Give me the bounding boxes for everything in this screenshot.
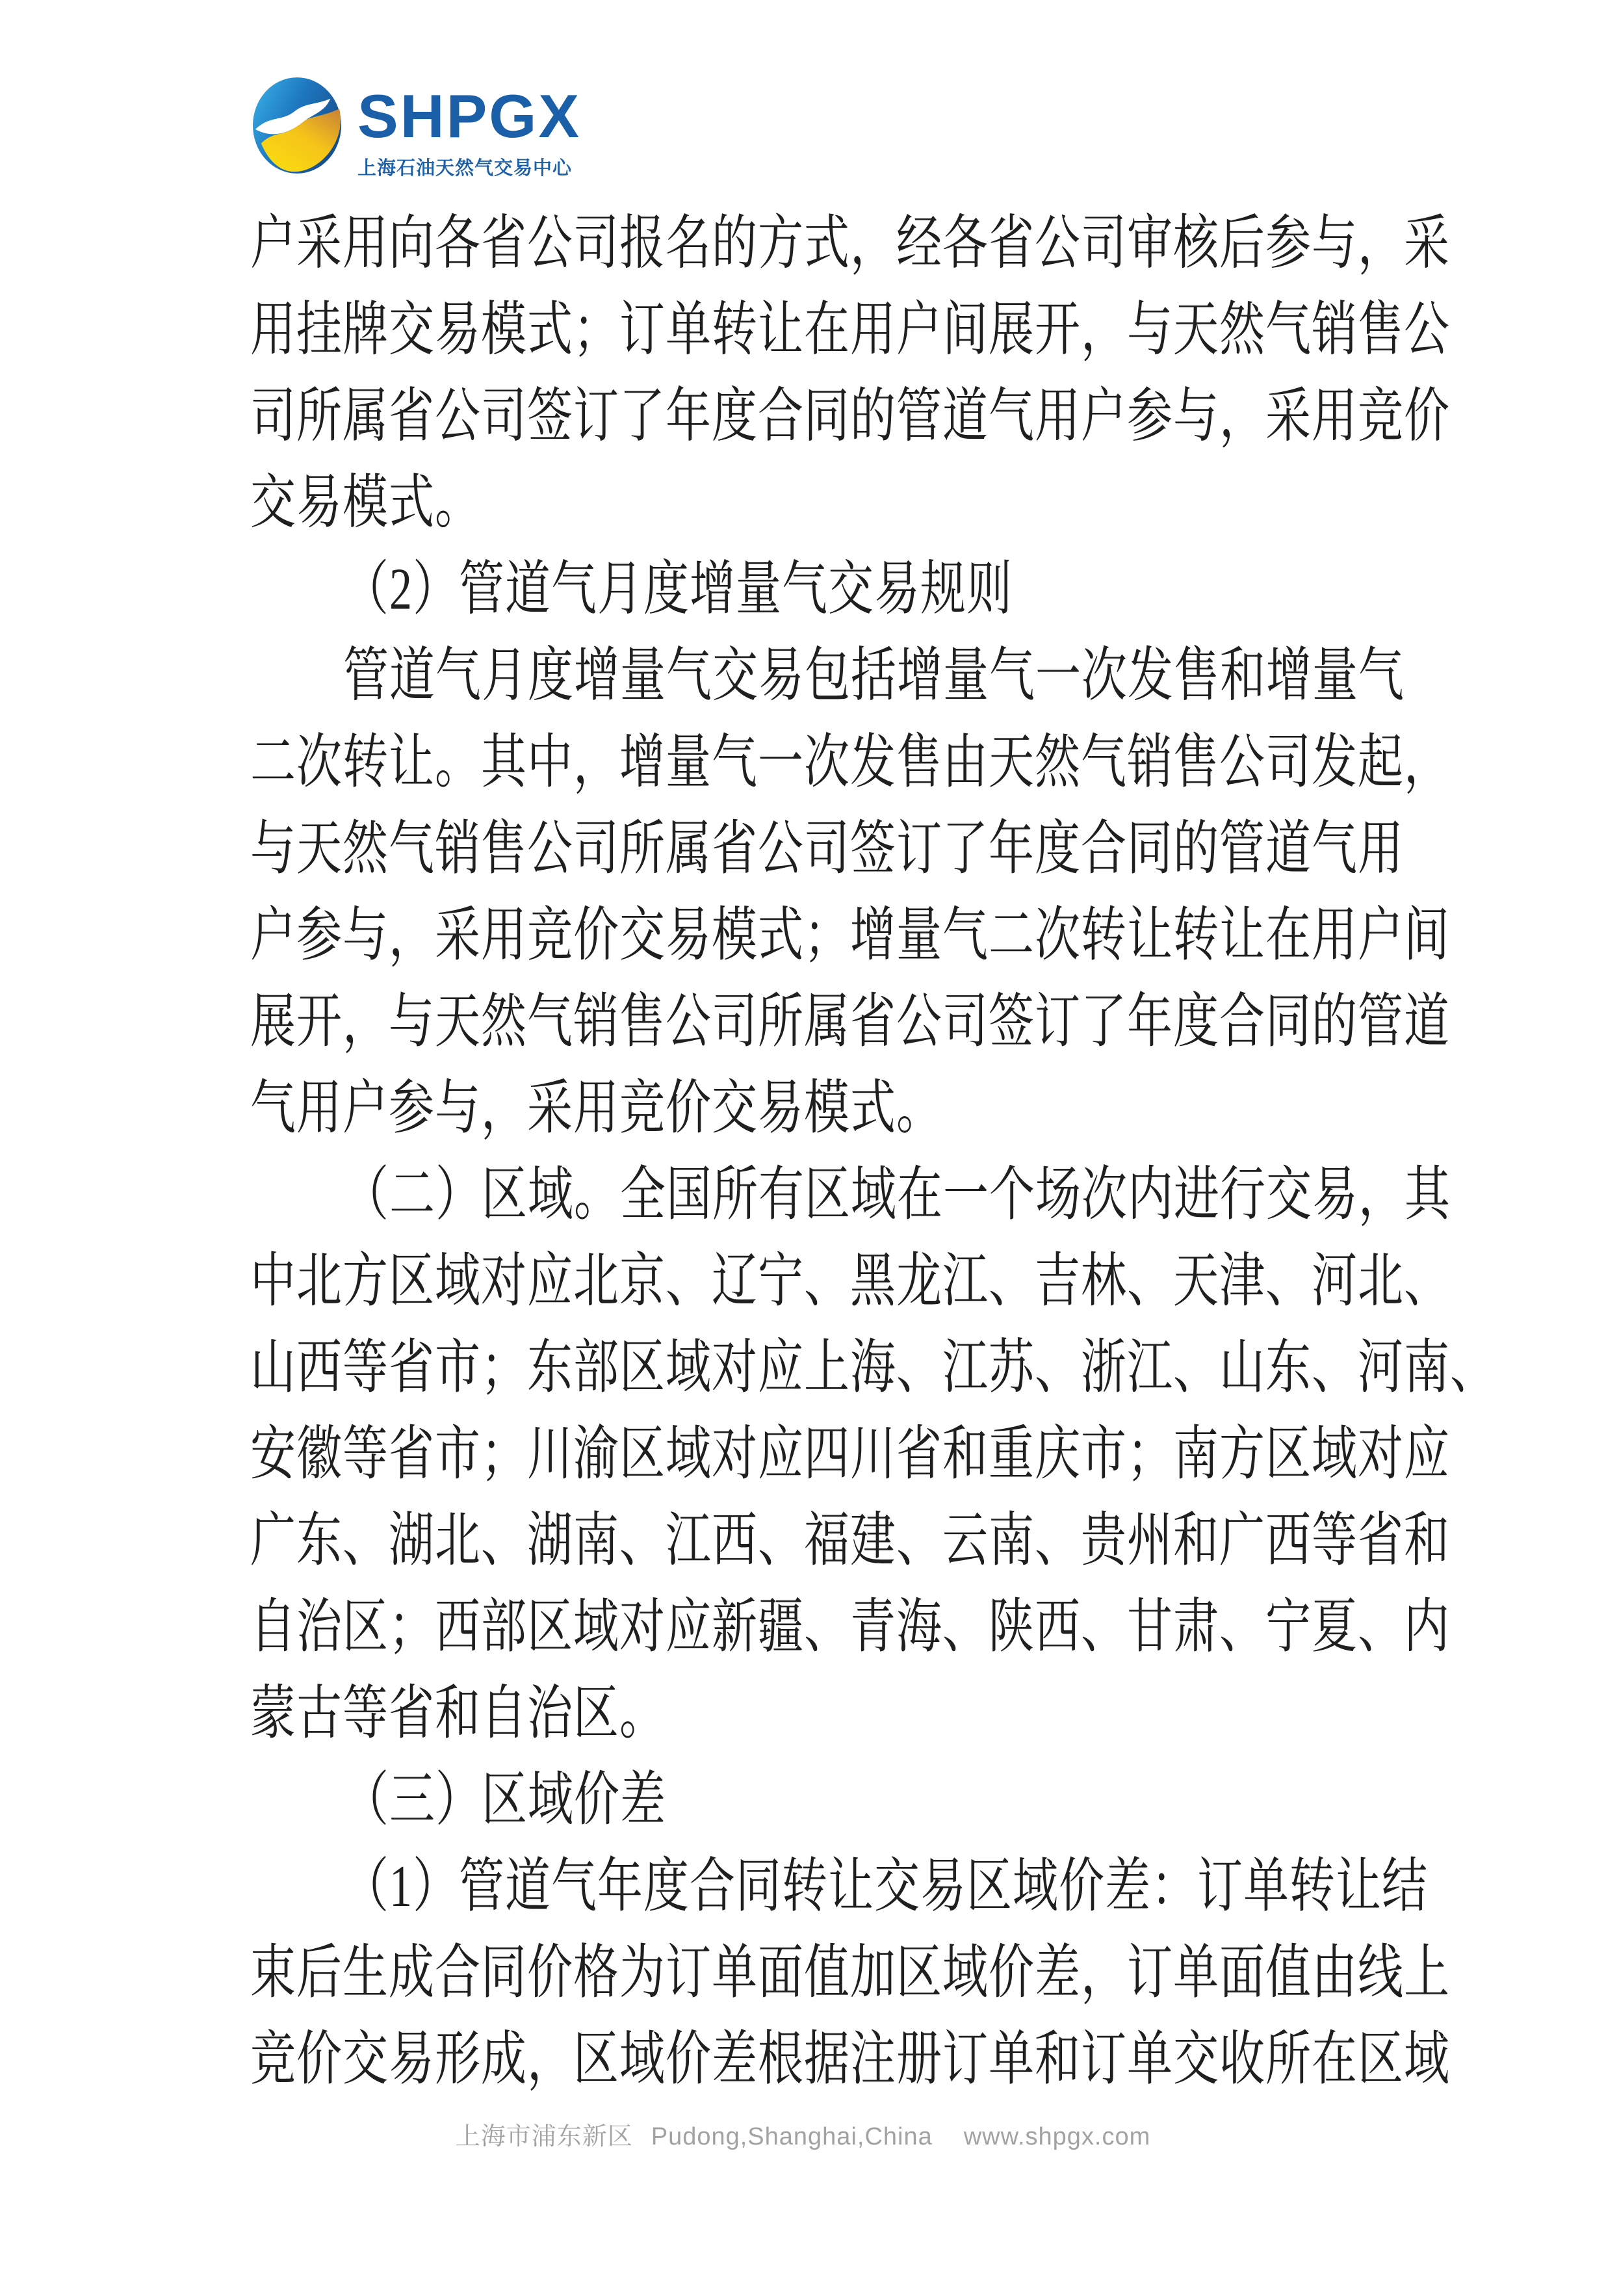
shpgx-globe-icon <box>252 75 342 176</box>
page-footer: 上海市浦东新区Pudong,Shanghai,Chinawww.shpgx.co… <box>0 2120 1606 2153</box>
document-page: SHPGX 上海石油天然气交易中心 户采用向各省公司报名的方式，经各省公司审核后… <box>0 0 1606 2296</box>
footer-location-en: Pudong,Shanghai,China <box>651 2123 933 2150</box>
logo-brand-text: SHPGX <box>357 86 581 147</box>
shpgx-logo: SHPGX 上海石油天然气交易中心 <box>252 73 655 196</box>
document-body: 户采用向各省公司报名的方式，经各省公司审核后参与，采 用挂牌交易模式；订单转让在… <box>0 201 1606 2103</box>
footer-website-url: www.shpgx.com <box>964 2123 1151 2150</box>
document-line: 竞价交易形成，区域价差根据注册订单和订单交收所在区域 <box>250 2003 1606 2116</box>
footer-location-cn: 上海市浦东新区 <box>456 2123 633 2150</box>
logo-tagline-text: 上海石油天然气交易中心 <box>357 153 581 180</box>
logo-text-block: SHPGX 上海石油天然气交易中心 <box>357 86 581 180</box>
